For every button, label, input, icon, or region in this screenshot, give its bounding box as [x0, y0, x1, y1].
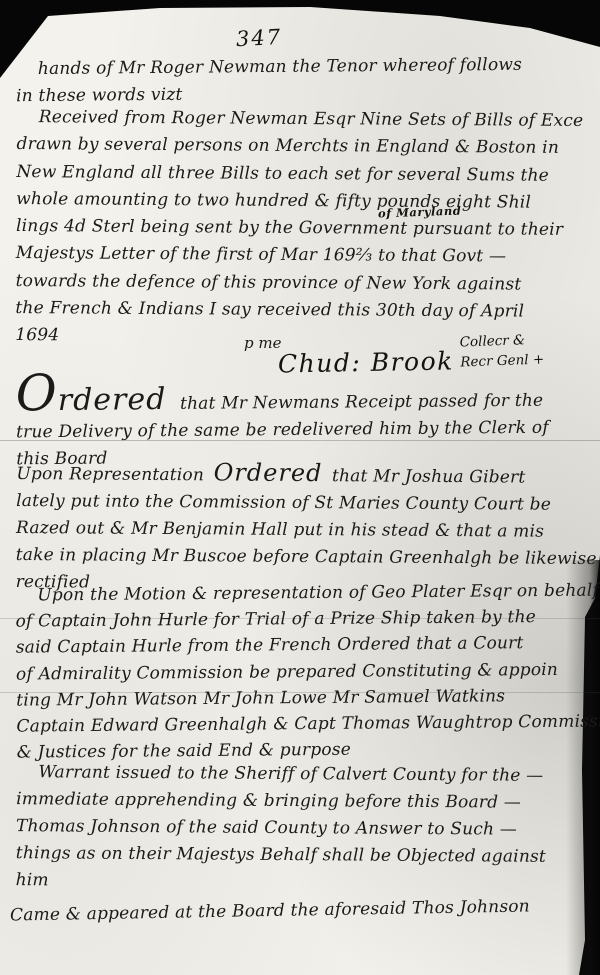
manuscript-line: towards the defence of this province of …	[16, 268, 583, 299]
manuscript-line: true Delivery of the same be redelivered…	[16, 415, 549, 447]
manuscript-line: Thomas Johnson of the said County to Ans…	[16, 813, 546, 844]
manuscript-line: Received from Roger Newman Esqr Nine Set…	[17, 104, 584, 135]
manuscript-line: whole amounting to two hundred & fifty p…	[16, 186, 583, 217]
receipt-paragraph: Received from Roger Newman Esqr Nine Set…	[15, 104, 583, 354]
interline-insertion: of Maryland	[378, 204, 462, 221]
signature-title: Collecr & Recr Genl +	[459, 330, 544, 373]
manuscript-scan: 347 hands of Mr Roger Newman the Tenor w…	[0, 0, 600, 975]
manuscript-line: Ordered that Mr Newmans Receipt passed f…	[16, 376, 549, 420]
manuscript-line: things as on their Majestys Behalf shall…	[16, 840, 546, 871]
admiralty-paragraph: Upon the Motion & representation of Geo …	[15, 577, 600, 766]
warrant-paragraph: Warrant issued to the Sheriff of Calvert…	[16, 759, 547, 898]
manuscript-line: Upon Representation Ordered that Mr Josh…	[16, 458, 597, 492]
ordered-big-word: Ordered	[16, 379, 167, 414]
manuscript-line-rest: that Mr Joshua Gibert	[332, 466, 526, 487]
manuscript-line: lings 4d Sterl being sent by the Governm…	[16, 213, 583, 244]
manuscript-line: of Admirality Commission be prepared Con…	[16, 656, 600, 687]
per-me-note: p me	[244, 334, 281, 352]
manuscript-line: him	[16, 867, 546, 898]
page-number: 347	[235, 25, 282, 51]
manuscript-line: Warrant issued to the Sheriff of Calvert…	[16, 759, 546, 790]
ordered-mid-word: Ordered	[214, 459, 323, 487]
manuscript-line: drawn by several persons on Merchts in E…	[16, 131, 583, 162]
manuscript-line: take in placing Mr Buscoe before Captain…	[16, 542, 597, 573]
opening-paragraph: hands of Mr Roger Newman the Tenor where…	[16, 52, 523, 110]
manuscript-line: hands of Mr Roger Newman the Tenor where…	[16, 52, 522, 83]
manuscript-line: the French & Indians I say received this…	[15, 295, 582, 326]
manuscript-line: Captain Edward Greenhalgh & Capt Thomas …	[16, 708, 600, 739]
manuscript-line-rest: that Mr Newmans Receipt passed for the	[180, 391, 543, 414]
manuscript-line: lately put into the Commission of St Mar…	[16, 488, 597, 519]
manuscript-line-pre: Upon Representation	[16, 464, 204, 485]
manuscript-line: immediate apprehending & bringing before…	[16, 786, 546, 817]
signature-title-line: Recr Genl +	[460, 350, 545, 373]
signature-name: Chud: Brook	[278, 346, 454, 378]
manuscript-line: Majestys Letter of the first of Mar 169⅔…	[16, 241, 583, 272]
manuscript-line: Razed out & Mr Benjamin Hall put in his …	[16, 515, 597, 546]
manuscript-line: New England all three Bills to each set …	[16, 159, 583, 190]
